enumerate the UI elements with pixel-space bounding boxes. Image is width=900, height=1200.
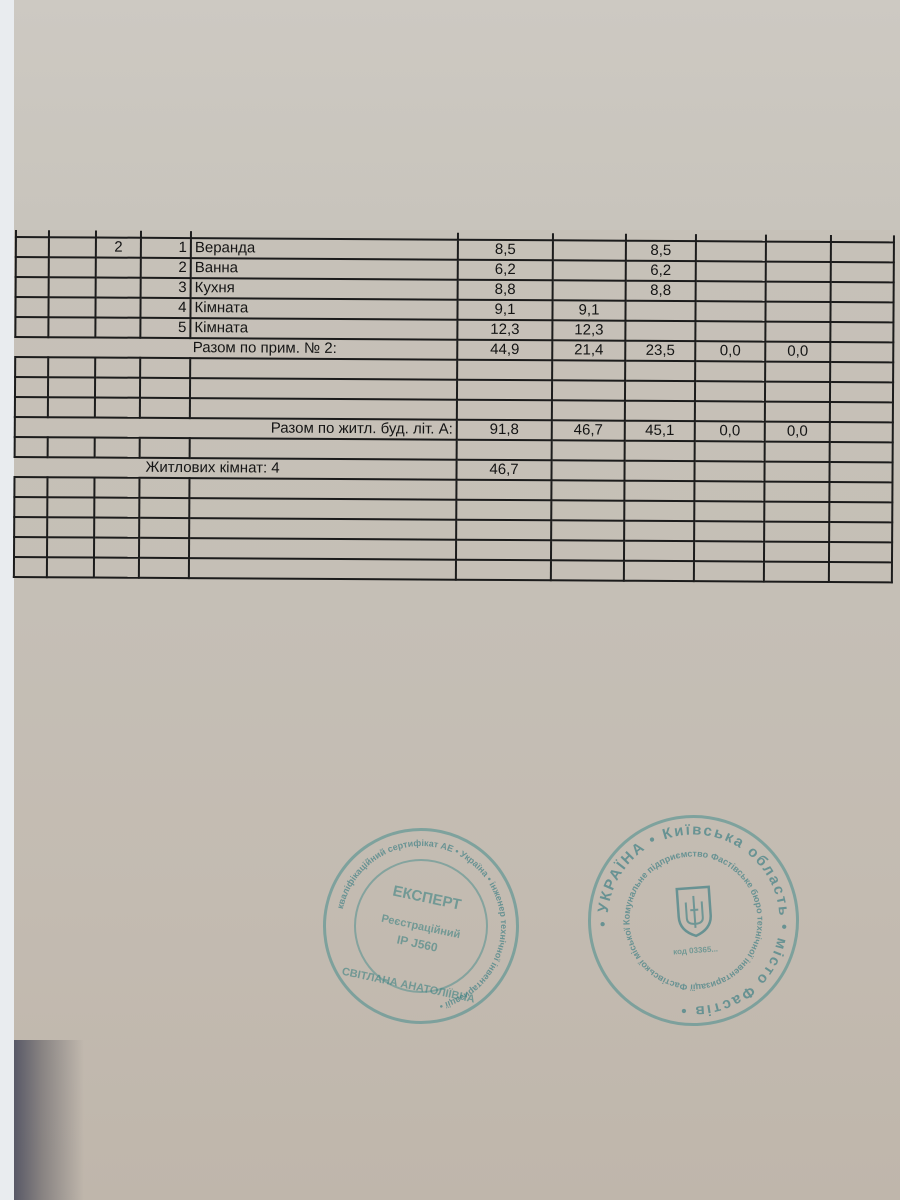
cell-room-name: Кімната — [190, 298, 457, 320]
cell-auxiliary — [624, 521, 694, 541]
cell-room-name: Ванна — [191, 258, 458, 280]
cell-c4 — [694, 461, 764, 481]
cell-c5 — [766, 282, 831, 302]
cell-c4 — [694, 561, 764, 581]
cell-empty — [190, 438, 457, 460]
cell-total: 6,2 — [458, 260, 553, 281]
cell-empty — [47, 497, 94, 517]
cell-auxiliary: 6,2 — [626, 261, 696, 281]
cell-room-no: 2 — [141, 258, 191, 278]
cell-blank-b — [48, 297, 95, 317]
svg-text:• УКРАЇНА • Київська область •: • УКРАЇНА • Київська область • місто Фас… — [588, 815, 800, 1027]
cell-blank-b — [49, 277, 96, 297]
cell-living: 46,7 — [552, 420, 625, 440]
cell-empty — [140, 378, 190, 398]
cell-c4 — [696, 281, 766, 301]
cell-empty — [47, 477, 94, 497]
cell-total — [456, 540, 551, 561]
cell-room-no: 3 — [141, 278, 191, 298]
cell-c5 — [764, 462, 829, 482]
cell-c4 — [694, 481, 764, 501]
cell-total: 12,3 — [457, 320, 552, 341]
cell-blank-a — [15, 317, 48, 337]
cell-c6 — [829, 482, 892, 502]
cell-living: 21,4 — [552, 340, 625, 360]
cell-apartment-no — [96, 257, 141, 277]
cell-living — [553, 260, 626, 280]
cell-auxiliary — [624, 561, 694, 581]
cell-empty — [190, 398, 457, 420]
cell-blank-a — [16, 237, 49, 257]
room-area-table: 21Веранда8,58,52Ванна6,26,23Кухня8,88,84… — [13, 230, 895, 583]
cell-c5 — [764, 542, 829, 562]
cell-living — [552, 380, 625, 400]
cell-blank-a — [16, 257, 49, 277]
cell-c4 — [695, 321, 765, 341]
trident-emblem-icon — [677, 887, 712, 937]
cell-c4 — [696, 261, 766, 281]
cell-empty — [14, 477, 47, 497]
cell-empty — [48, 397, 95, 417]
cell-empty — [140, 358, 190, 378]
cell-c6 — [829, 562, 892, 582]
cell-empty — [14, 557, 47, 577]
cell-c5 — [766, 262, 831, 282]
cell-empty — [139, 538, 189, 558]
cell-empty — [94, 477, 139, 497]
cell-empty — [47, 537, 94, 557]
cell-total: 9,1 — [457, 300, 552, 321]
cell-c6 — [831, 282, 894, 302]
cell-c5 — [764, 482, 829, 502]
cell-c4 — [694, 541, 764, 561]
cell-c5 — [765, 402, 830, 422]
cell-c4 — [695, 361, 765, 381]
cell-c4 — [695, 401, 765, 421]
cell-total: 44,9 — [457, 340, 552, 361]
cell-empty — [94, 537, 139, 557]
cell-empty — [15, 377, 48, 397]
cell-c6 — [829, 462, 892, 482]
cell-empty — [14, 517, 47, 537]
cell-living: 9,1 — [552, 300, 625, 320]
cell-c6 — [831, 242, 894, 262]
cell-living — [553, 240, 626, 260]
cell-apartment-no: 2 — [96, 237, 141, 257]
cell-blank-a — [16, 277, 49, 297]
cell-c6 — [830, 302, 893, 322]
cell-empty — [139, 478, 189, 498]
cell-c5: 0,0 — [765, 342, 830, 362]
cell-auxiliary: 8,8 — [626, 281, 696, 301]
cell-total: 8,8 — [458, 280, 553, 301]
cell-empty — [140, 438, 190, 458]
cell-total: 46,7 — [456, 460, 551, 481]
cell-auxiliary — [624, 501, 694, 521]
cell-auxiliary — [624, 481, 694, 501]
cell-c4: 0,0 — [695, 341, 765, 361]
cell-total — [457, 360, 552, 381]
cell-total — [456, 500, 551, 521]
cell-empty — [48, 357, 95, 377]
cell-c4 — [695, 381, 765, 401]
cell-total — [457, 400, 552, 421]
cell-c5 — [764, 522, 829, 542]
cell-apartment-no — [95, 317, 140, 337]
cell-empty — [95, 397, 140, 417]
cell-living: 12,3 — [552, 320, 625, 340]
cell-c4 — [695, 301, 765, 321]
cell-living — [553, 280, 626, 300]
cell-blank-b — [48, 317, 95, 337]
cell-total: 8,5 — [458, 240, 553, 261]
cell-empty — [14, 537, 47, 557]
cell-total: 91,8 — [457, 420, 552, 441]
cell-summary-label: Разом по прим. № 2: — [15, 337, 457, 360]
cell-living — [551, 540, 624, 560]
cell-c6 — [829, 522, 892, 542]
cell-living — [551, 480, 624, 500]
cell-living — [552, 440, 625, 460]
cell-empty — [15, 437, 48, 457]
cell-empty — [139, 558, 189, 578]
cell-c6 — [830, 322, 893, 342]
cell-c4 — [694, 501, 764, 521]
cell-empty — [189, 518, 456, 540]
cell-c6 — [829, 542, 892, 562]
cell-c5 — [764, 562, 829, 582]
cell-empty — [139, 498, 189, 518]
cell-empty — [139, 518, 189, 538]
cell-empty — [47, 557, 94, 577]
cell-auxiliary — [624, 541, 694, 561]
cell-c6 — [830, 442, 893, 462]
cell-auxiliary: 8,5 — [626, 241, 696, 261]
cell-empty — [94, 497, 139, 517]
cell-living — [551, 460, 624, 480]
cell-c6 — [829, 502, 892, 522]
cell-c5 — [765, 302, 830, 322]
cell-auxiliary — [625, 361, 695, 381]
office-stamp-ring: • УКРАЇНА • Київська область • місто Фас… — [584, 811, 803, 1030]
cell-living — [551, 520, 624, 540]
table-row — [14, 557, 892, 582]
cell-empty — [189, 558, 456, 580]
cell-auxiliary — [625, 381, 695, 401]
cell-empty — [94, 557, 139, 577]
cell-empty — [140, 398, 190, 418]
cell-auxiliary: 45,1 — [625, 421, 695, 441]
cell-room-name: Веранда — [191, 238, 458, 260]
office-stamp: • УКРАЇНА • Київська область • місто Фас… — [581, 808, 806, 1033]
cell-auxiliary — [624, 461, 694, 481]
cell-living — [551, 560, 624, 580]
cell-empty — [189, 498, 456, 520]
cell-c6 — [830, 362, 893, 382]
cell-empty — [95, 377, 140, 397]
cell-empty — [14, 497, 47, 517]
cell-auxiliary — [625, 401, 695, 421]
cell-auxiliary: 23,5 — [625, 341, 695, 361]
cell-room-name: Кімната — [190, 318, 457, 340]
cell-c4 — [694, 521, 764, 541]
cell-c5: 0,0 — [765, 422, 830, 442]
cell-c6 — [830, 402, 893, 422]
cell-empty — [48, 437, 95, 457]
cell-empty — [47, 517, 94, 537]
cell-summary-label: Житлових кімнат: 4 — [14, 457, 456, 480]
cell-c5 — [766, 242, 831, 262]
cell-c5 — [765, 322, 830, 342]
area-table: 21Веранда8,58,52Ванна6,26,23Кухня8,88,84… — [13, 230, 895, 615]
cell-empty — [48, 377, 95, 397]
cell-c6 — [830, 382, 893, 402]
cell-c4 — [695, 441, 765, 461]
cell-living — [551, 500, 624, 520]
cell-room-no: 4 — [140, 298, 190, 318]
cell-c6 — [830, 422, 893, 442]
cell-empty — [95, 357, 140, 377]
cell-empty — [15, 357, 48, 377]
cell-c5 — [765, 382, 830, 402]
cell-auxiliary — [625, 441, 695, 461]
cell-c6 — [830, 342, 893, 362]
cell-blank-a — [15, 297, 48, 317]
cell-empty — [94, 517, 139, 537]
cell-living — [552, 360, 625, 380]
cell-empty — [189, 478, 456, 500]
cell-c4: 0,0 — [695, 421, 765, 441]
cell-c4 — [696, 241, 766, 261]
cell-total-label: Разом по житл. буд. літ. А: — [15, 417, 457, 440]
cell-empty — [15, 397, 48, 417]
cell-c5 — [765, 442, 830, 462]
cell-total — [457, 440, 552, 461]
cell-auxiliary — [625, 321, 695, 341]
cell-blank-b — [49, 257, 96, 277]
cell-apartment-no — [95, 297, 140, 317]
cell-empty — [190, 358, 457, 380]
cell-apartment-no — [96, 277, 141, 297]
cell-room-name: Кухня — [191, 278, 458, 300]
cell-total — [456, 480, 551, 501]
cell-empty — [95, 437, 140, 457]
cell-auxiliary — [625, 301, 695, 321]
cell-total — [456, 560, 551, 581]
finger-shadow — [14, 1040, 84, 1200]
cell-c6 — [831, 262, 894, 282]
cell-total — [457, 380, 552, 401]
cell-c5 — [765, 362, 830, 382]
cell-empty — [189, 538, 456, 560]
cell-room-no: 5 — [140, 318, 190, 338]
cell-room-no: 1 — [141, 238, 191, 258]
cell-blank-b — [49, 237, 96, 257]
cell-living — [552, 400, 625, 420]
cell-total — [456, 520, 551, 541]
cell-empty — [190, 378, 457, 400]
cell-c5 — [764, 502, 829, 522]
